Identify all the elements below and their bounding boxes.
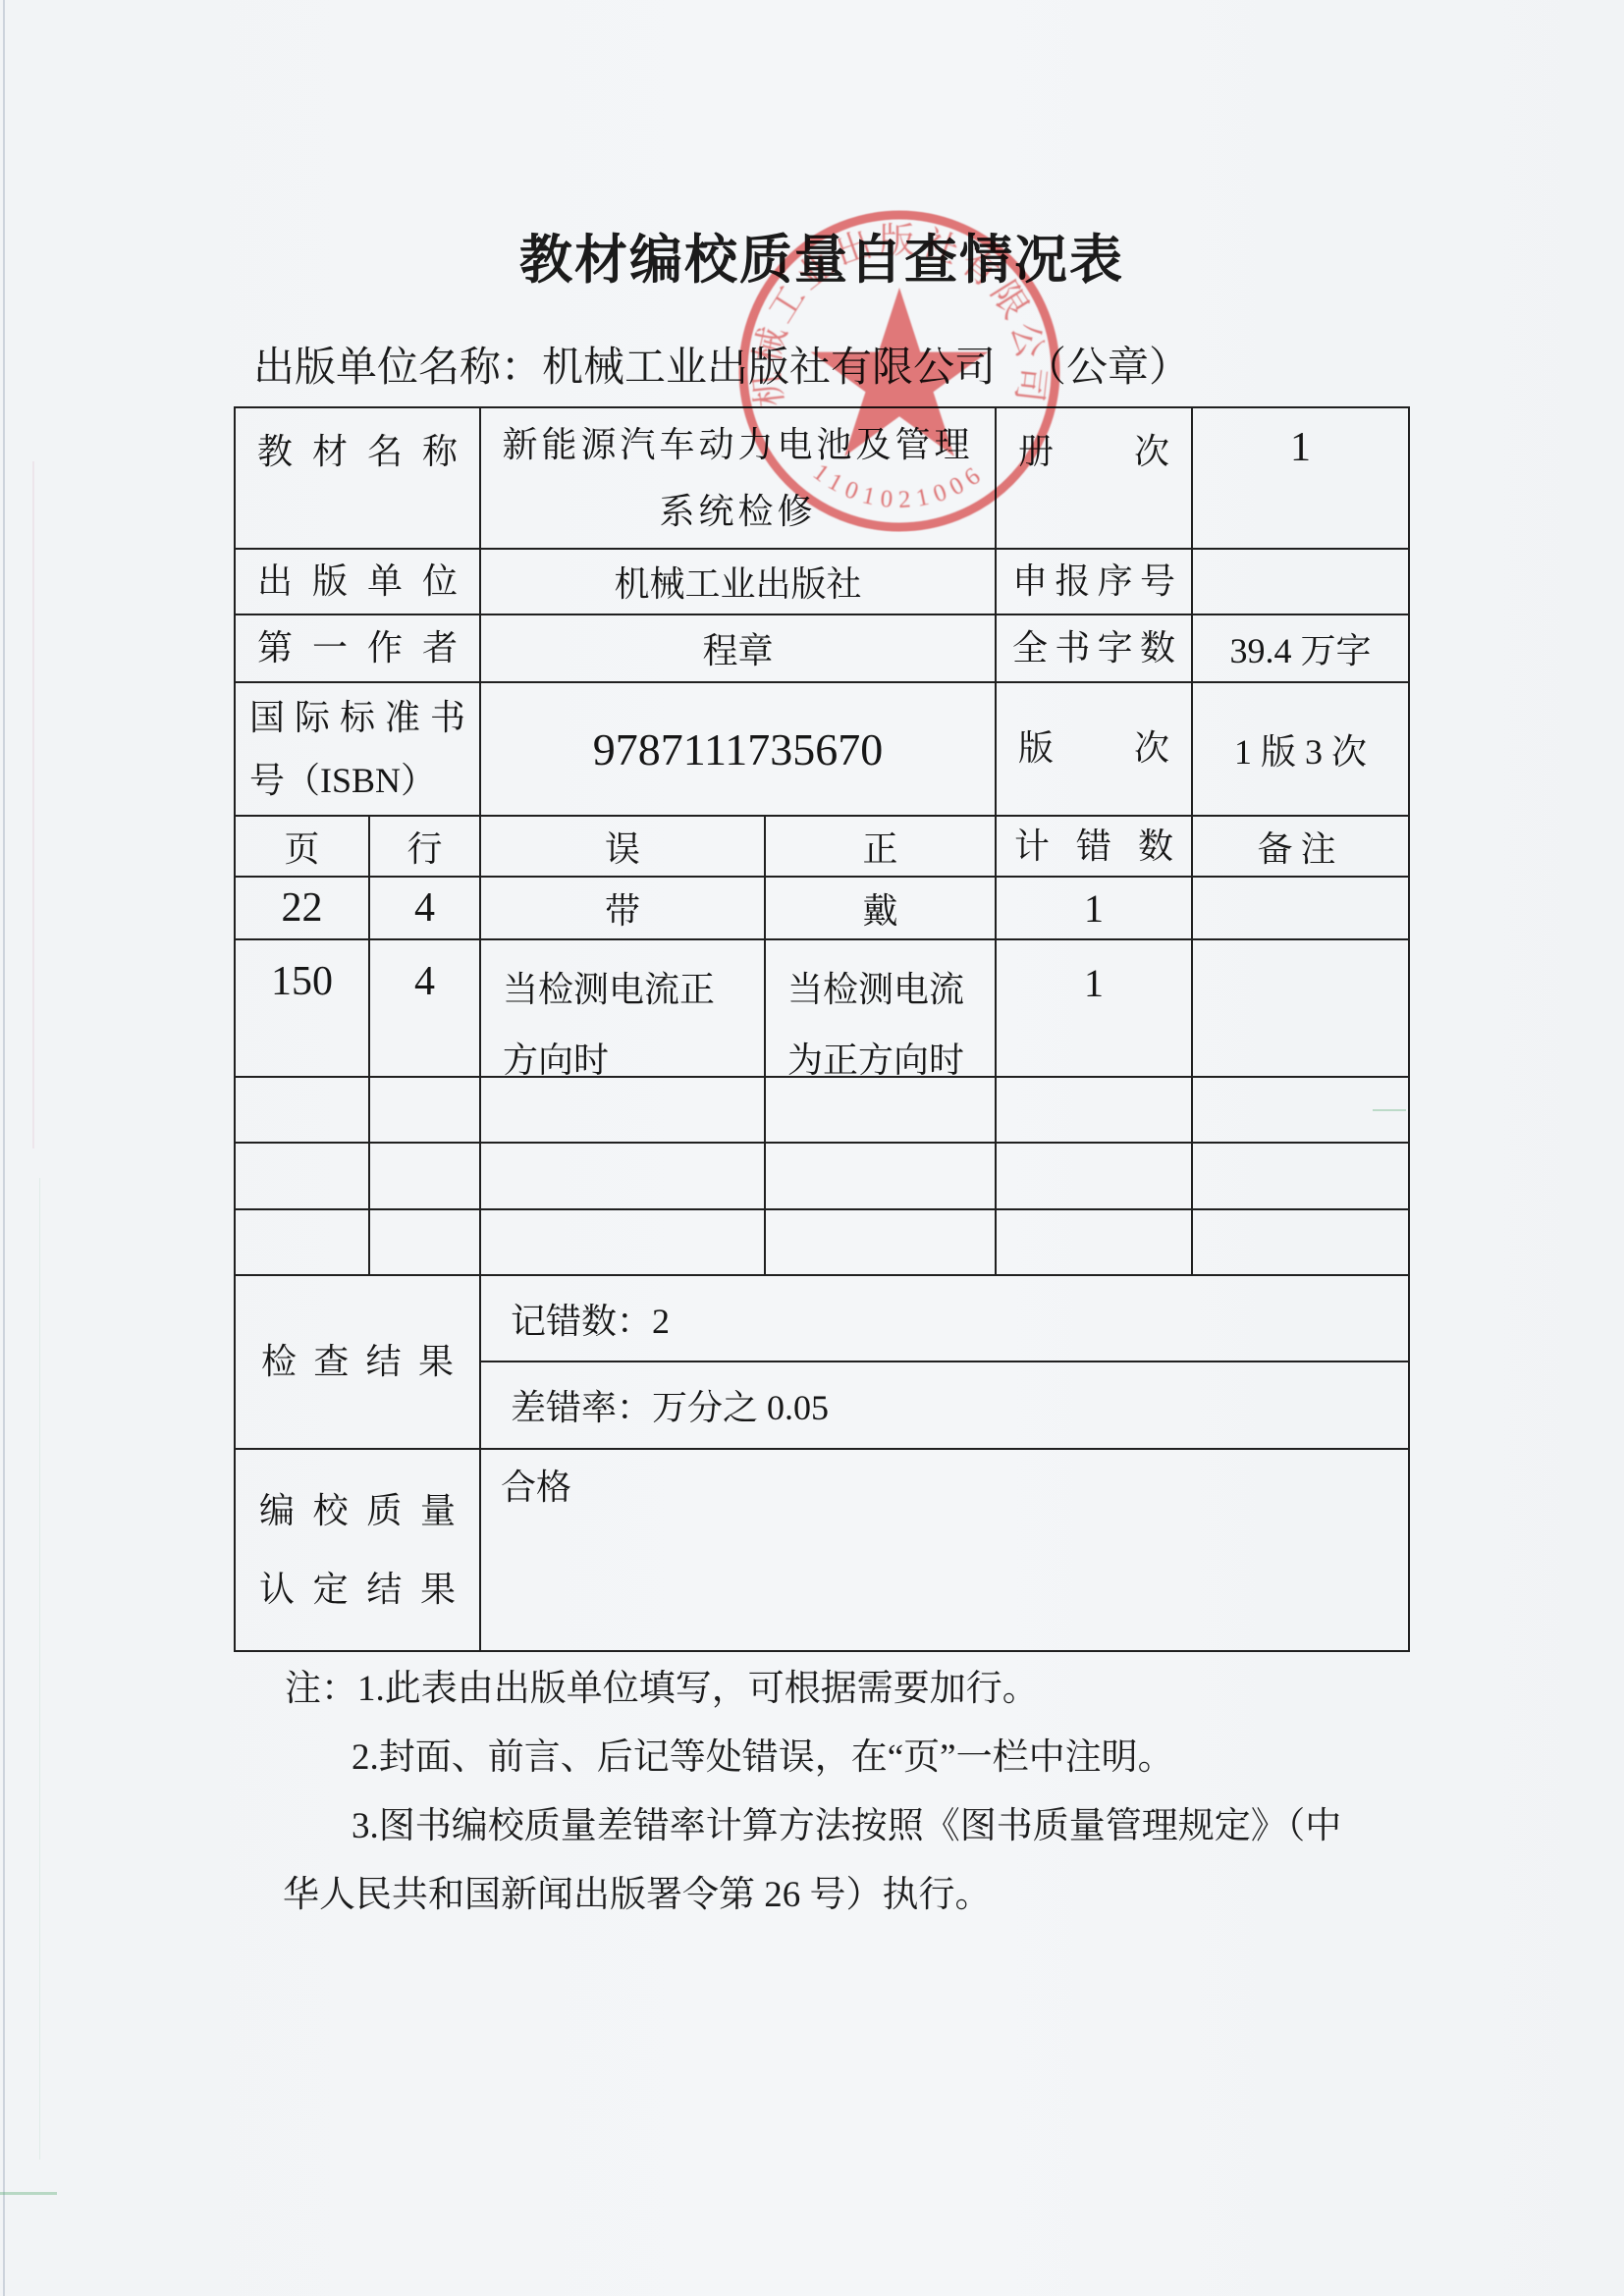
- error1-page: 22: [236, 878, 370, 940]
- empty-cell: [481, 1144, 766, 1210]
- empty-cell: [481, 1210, 766, 1276]
- error2-line: 4: [370, 940, 481, 1078]
- cell-isbn-value: 9787111735670: [481, 683, 997, 817]
- note-line-1: 注：1.此表由出版单位填写，可根据需要加行。: [285, 1667, 1039, 1712]
- empty-cell: [370, 1078, 481, 1144]
- error2-correct: 当检测电流 为正方向时: [766, 940, 997, 1078]
- cell-declare-no-value: [1193, 550, 1408, 615]
- header-wrong: 误: [481, 817, 766, 878]
- cell-declare-no-label: 申报序号: [997, 550, 1193, 615]
- cell-book-title-label: 教材名称: [236, 408, 481, 550]
- empty-cell: [1193, 1144, 1408, 1210]
- error2-correct-line2: 为正方向时: [787, 1025, 964, 1078]
- cell-first-author-value: 程章: [481, 615, 997, 683]
- error1-line: 4: [370, 878, 481, 940]
- empty-cell: [766, 1078, 997, 1144]
- error2-wrong: 当检测电流正 方向时: [481, 940, 766, 1078]
- cell-word-count-value: 39.4 万字: [1193, 615, 1408, 683]
- error1-remark: [1193, 878, 1408, 940]
- cell-quality-verdict-label: 编校质量 认定结果: [236, 1450, 481, 1650]
- seal-star: [811, 288, 989, 456]
- empty-cell: [236, 1078, 370, 1144]
- verdict-label-line1: 编校质量: [259, 1471, 456, 1550]
- header-remark: 备注: [1193, 817, 1408, 878]
- cell-isbn-label: 国际标准书 号（ISBN）: [236, 683, 481, 817]
- scanned-form-page: 教材编校质量自查情况表 出版单位名称：机械工业出版社有限公司（公章） 教材名称 …: [0, 0, 1624, 2296]
- header-correct: 正: [766, 817, 997, 878]
- cell-edition-value: 1 版 3 次: [1193, 683, 1408, 817]
- cell-quality-verdict-value: 合格: [481, 1450, 1408, 1650]
- empty-cell: [236, 1210, 370, 1276]
- error1-count: 1: [997, 878, 1193, 940]
- empty-cell: [766, 1210, 997, 1276]
- empty-cell: [1193, 1210, 1408, 1276]
- error2-page: 150: [236, 940, 370, 1078]
- isbn-label-line1: 国际标准书: [249, 686, 465, 749]
- error2-wrong-line1: 当检测电流正: [503, 954, 715, 1025]
- cell-first-author-label: 第一作者: [236, 615, 481, 683]
- empty-cell: [766, 1144, 997, 1210]
- empty-cell: [481, 1078, 766, 1144]
- scan-artifact-left-edge: [3, 0, 5, 2296]
- header-line: 行: [370, 817, 481, 878]
- empty-cell: [997, 1210, 1193, 1276]
- svg-text:1101021006: 1101021006: [808, 458, 991, 513]
- cell-publisher-label: 出版单位: [236, 550, 481, 615]
- empty-cell: [997, 1144, 1193, 1210]
- verdict-label-line2: 认定结果: [259, 1550, 456, 1629]
- publisher-label: 出版单位名称：: [253, 346, 542, 391]
- cell-word-count-label: 全书字数: [997, 615, 1193, 683]
- cell-check-result-label: 检查结果: [236, 1276, 481, 1450]
- scan-artifact-bottom-dash: [0, 2192, 57, 2195]
- error1-wrong: 带: [481, 878, 766, 940]
- empty-cell: [997, 1078, 1193, 1144]
- cell-edition-label: 版次: [997, 683, 1193, 817]
- header-error-count: 计错数: [997, 817, 1193, 878]
- seal-number: 1101021006: [808, 458, 991, 513]
- cell-volume-value: 1: [1193, 408, 1408, 550]
- cell-publisher-value: 机械工业出版社: [481, 550, 997, 615]
- self-inspection-table: 教材名称 新能源汽车动力电池及管理 系统检修 册次 1 出版单位 机械工业出版社…: [234, 406, 1410, 1652]
- isbn-label-line2: 号（ISBN）: [249, 749, 465, 812]
- note-line-4: 华人民共和国新闻出版署令第 26 号）执行。: [283, 1873, 992, 1918]
- scan-artifact-green-streak: [39, 1178, 40, 2160]
- scan-artifact-pink-streak: [32, 461, 34, 1148]
- empty-cell: [370, 1210, 481, 1276]
- company-seal: 机械工业出版社有限公司 1101021006: [732, 204, 1066, 538]
- error1-correct: 戴: [766, 878, 997, 940]
- header-page: 页: [236, 817, 370, 878]
- note-line-3: 3.图书编校质量差错率计算方法按照《图书质量管理规定》（中: [352, 1804, 1341, 1849]
- error2-correct-line1: 当检测电流: [787, 954, 964, 1025]
- error2-count: 1: [997, 940, 1193, 1078]
- empty-cell: [236, 1144, 370, 1210]
- cell-check-error-count: 记错数：2: [481, 1276, 1408, 1362]
- note-line-2: 2.封面、前言、后记等处错误，在“页”一栏中注明。: [352, 1735, 1174, 1781]
- empty-cell: [370, 1144, 481, 1210]
- empty-cell: [1193, 1078, 1408, 1144]
- cell-check-error-rate: 差错率：万分之 0.05: [481, 1362, 1408, 1450]
- error2-wrong-line2: 方向时: [503, 1025, 609, 1078]
- error2-remark: [1193, 940, 1408, 1078]
